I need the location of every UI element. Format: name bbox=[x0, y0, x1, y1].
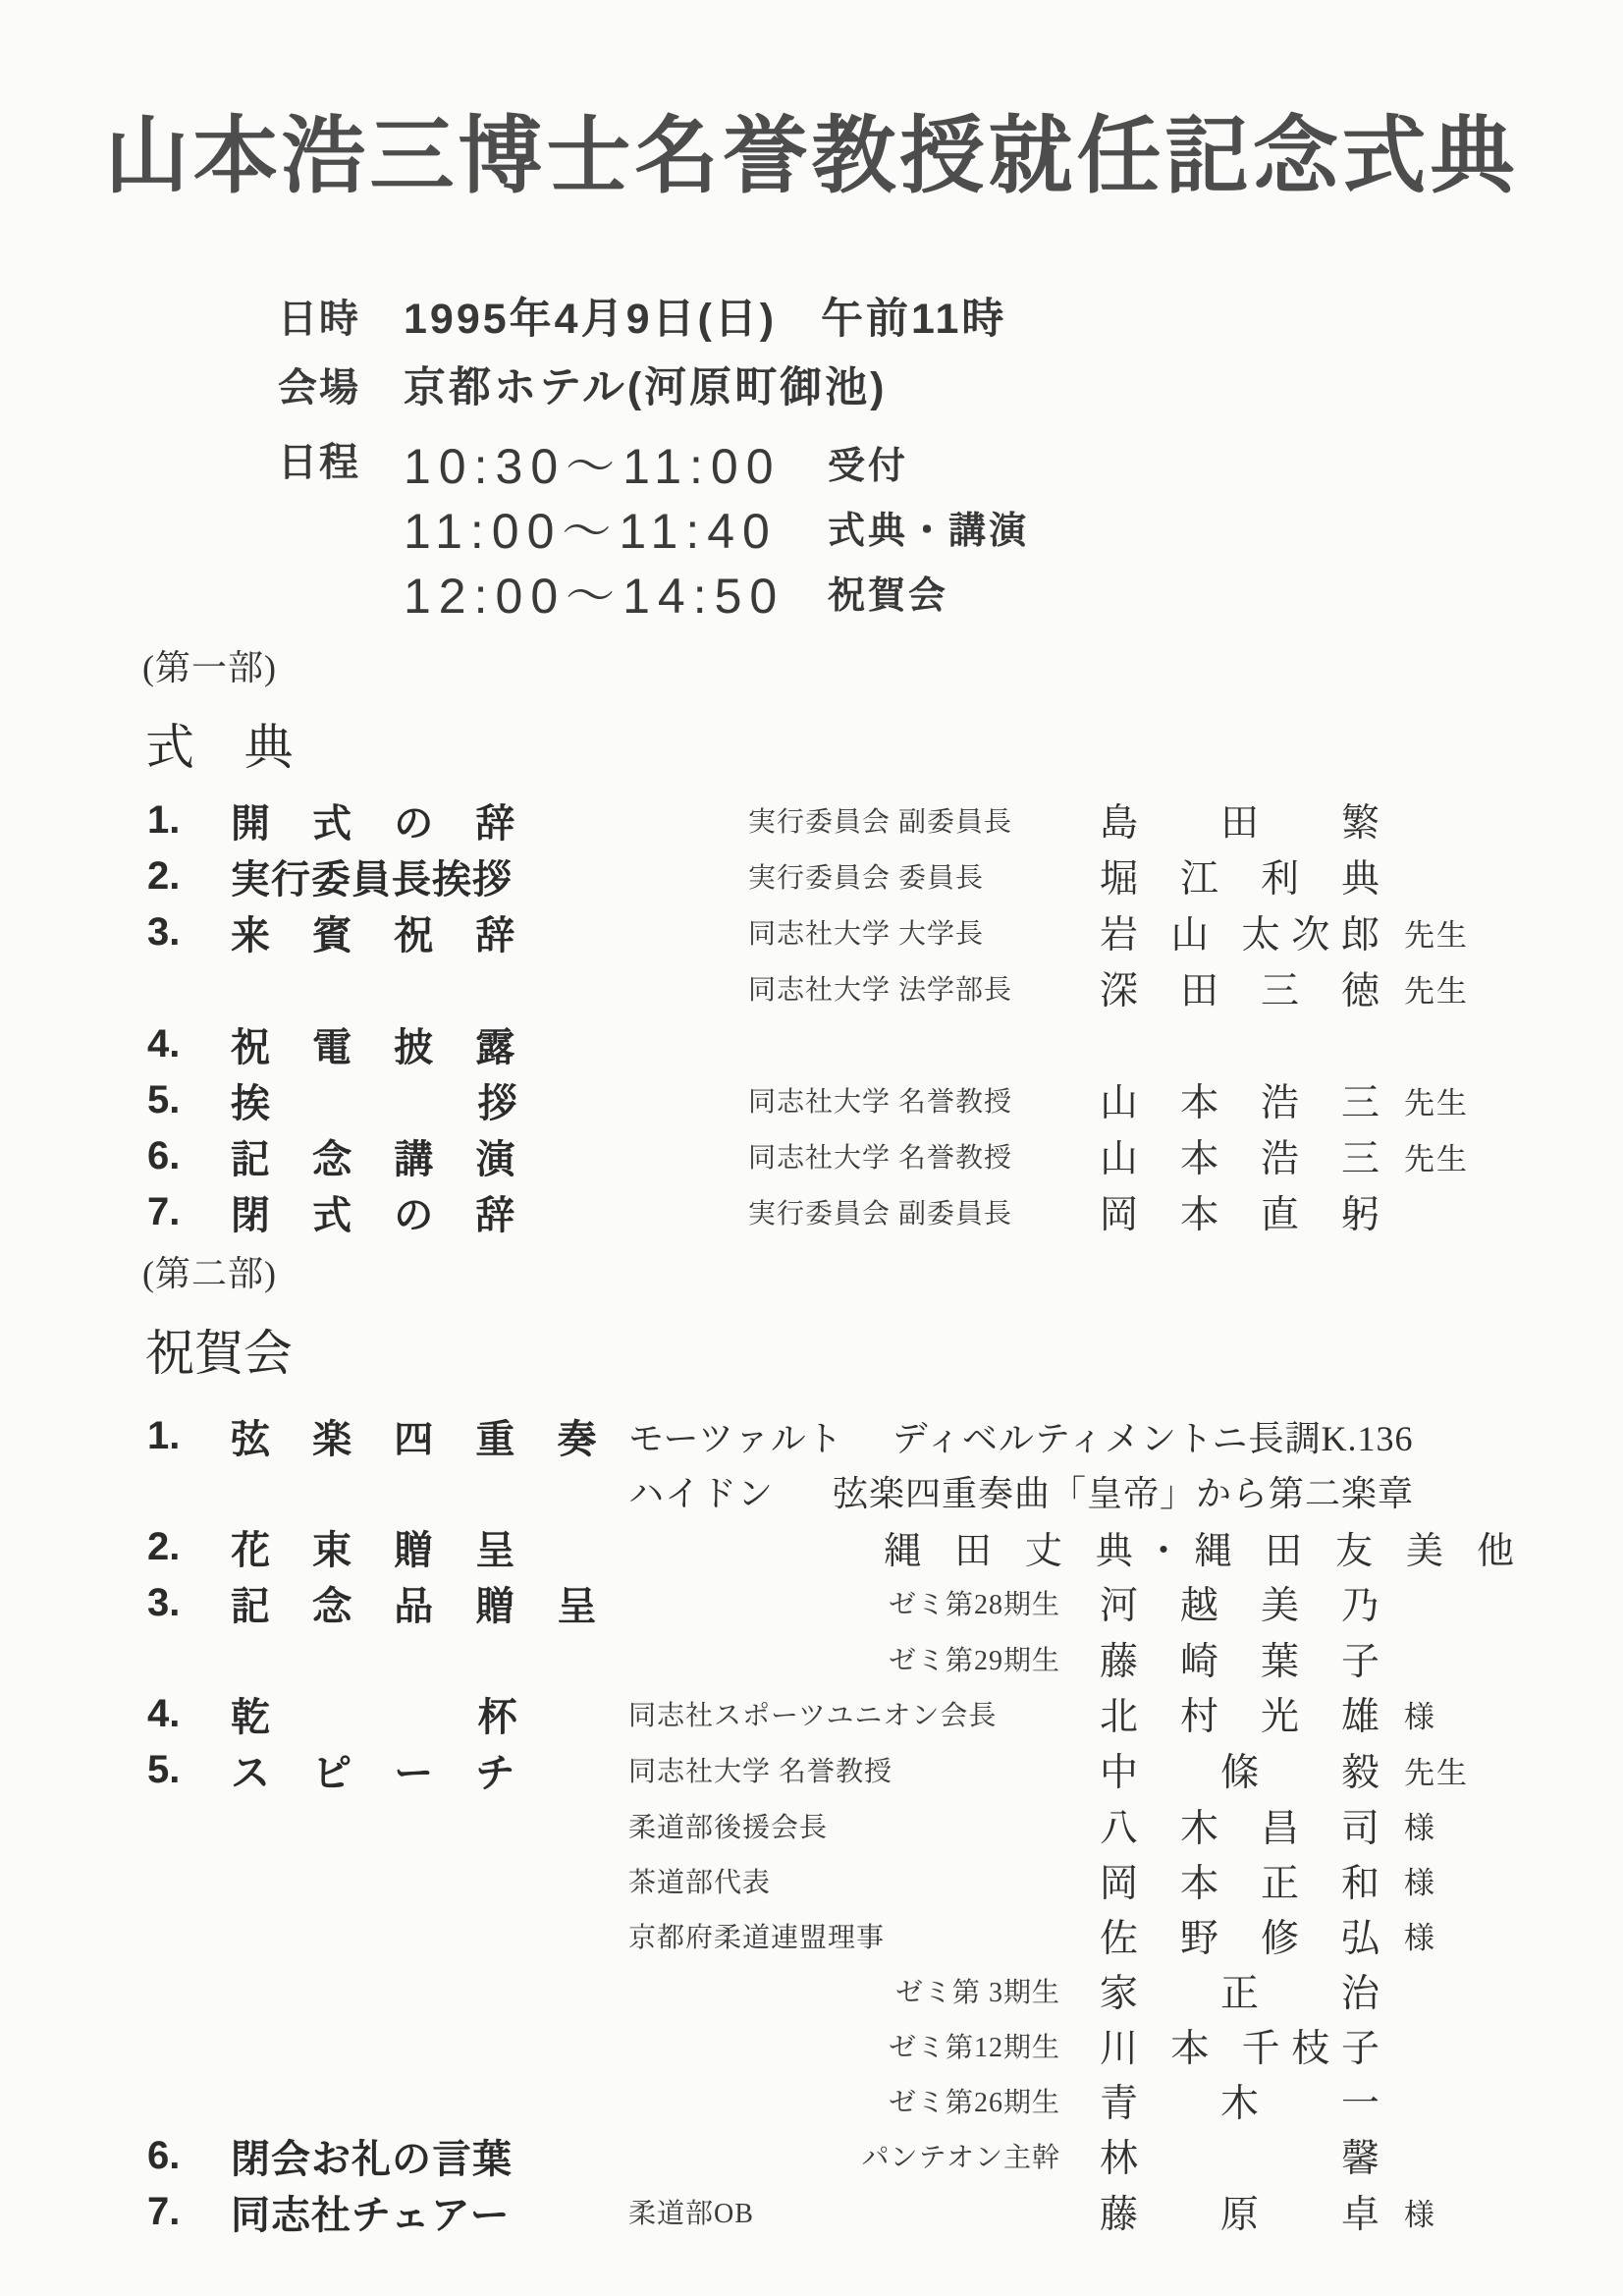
item-name: 河 越 美 乃 bbox=[1100, 1575, 1380, 1630]
item-role: 京都府柔道連盟理事 bbox=[628, 1916, 1060, 1955]
event-info-block: 日時 1995年4月9日(日) 午前11時 会場 京都ホテル(河原町御池) 日程… bbox=[278, 293, 1623, 625]
schedule-time: 11:00～11:40 bbox=[404, 492, 828, 563]
music-piece: モーツァルト ディベルティメントニ長調K.136 bbox=[628, 1411, 1623, 1461]
item-number: 6. bbox=[147, 1134, 231, 1178]
item-title: 記 念 品 贈 呈 bbox=[231, 1575, 597, 1631]
venue-label: 会場 bbox=[278, 361, 404, 414]
item-honorific: 先生 bbox=[1404, 1134, 1623, 1178]
program-row: 1.弦 楽 四 重 奏 モーツァルト ディベルティメントニ長調K.136 bbox=[147, 1408, 1623, 1464]
item-role: 同志社大学 名誉教授 bbox=[628, 1136, 1060, 1175]
item-honorific: 先生 bbox=[1404, 910, 1623, 955]
music-piece: ハイドン 弦楽四重奏曲「皇帝」から第二楽章 bbox=[628, 1466, 1623, 1516]
program-row: 5.ス ピ ー チ 同志社大学 名誉教授 中 條 毅 先生 bbox=[147, 1742, 1623, 1798]
program-row: 同志社大学 法学部長 深 田 三 徳 先生 bbox=[147, 960, 1623, 1016]
item-honorific: 様 bbox=[1404, 1692, 1623, 1736]
part2-program: 1.弦 楽 四 重 奏 モーツァルト ディベルティメントニ長調K.136 ハイド… bbox=[0, 1408, 1623, 2240]
item-title: ス ピ ー チ bbox=[231, 1742, 515, 1798]
venue-row: 会場 京都ホテル(河原町御池) bbox=[278, 361, 1623, 414]
program-row: 京都府柔道連盟理事 佐 野 修 弘 様 bbox=[147, 1908, 1623, 1963]
program-row: 3.来 賓 祝 辞 同志社大学 大学長 岩 山 太次郎 先生 bbox=[147, 904, 1623, 960]
part1-program: 1.開 式 の 辞 実行委員会 副委員長 島 田 繁 2.実行委員長挨拶 実行委… bbox=[0, 793, 1623, 1240]
item-honorific: 様 bbox=[1404, 1913, 1623, 1957]
item-name: 島 田 繁 bbox=[1100, 793, 1380, 847]
item-number: 4. bbox=[147, 1022, 231, 1066]
item-role: 同志社大学 名誉教授 bbox=[628, 1080, 1060, 1120]
program-row: 3.記 念 品 贈 呈 ゼミ第28期生 河 越 美 乃 bbox=[147, 1575, 1623, 1631]
item-number: 1. bbox=[147, 1414, 231, 1458]
item-name: 岡 本 直 躬 bbox=[1100, 1184, 1380, 1239]
item-name: 岩 山 太次郎 bbox=[1100, 904, 1380, 959]
item-role: 柔道部OB bbox=[628, 2192, 1060, 2231]
ceremony-program-page: 山本浩三博士名誉教授就任記念式典 日時 1995年4月9日(日) 午前11時 会… bbox=[0, 0, 1623, 2296]
item-title: 記 念 講 演 bbox=[231, 1128, 515, 1184]
program-row: 6.閉会お礼の言葉 パンテオン主幹 林 馨 bbox=[147, 2128, 1623, 2184]
program-row: 2.花 束 贈 呈 縄 田 丈 典・縄 田 友 美 他 bbox=[147, 1519, 1623, 1575]
item-role: ゼミ第28期生 bbox=[628, 1583, 1060, 1622]
item-name: 八 木 昌 司 bbox=[1100, 1798, 1380, 1853]
item-number: 3. bbox=[147, 910, 231, 955]
item-honorific: 先生 bbox=[1404, 1748, 1623, 1792]
item-title: 閉 式 の 辞 bbox=[231, 1184, 515, 1240]
part1-label: (第一部) bbox=[142, 640, 1623, 690]
item-number: 1. bbox=[147, 798, 231, 843]
schedule-event: 受付 bbox=[828, 435, 908, 489]
program-row: 7.閉 式 の 辞 実行委員会 副委員長 岡 本 直 躬 bbox=[147, 1184, 1623, 1240]
program-row: ゼミ第12期生 川 本 千枝子 bbox=[147, 2018, 1623, 2073]
program-row: 2.実行委員長挨拶 実行委員会 委員長 堀 江 利 典 bbox=[147, 848, 1623, 904]
program-row: 柔道部後援会長 八 木 昌 司 様 bbox=[147, 1798, 1623, 1853]
part1-heading: 式 典 bbox=[145, 708, 1623, 779]
item-name: 藤 崎 葉 子 bbox=[1100, 1631, 1380, 1686]
part2-heading: 祝賀会 bbox=[145, 1314, 1623, 1385]
schedule-label: 日程 bbox=[278, 430, 404, 495]
item-number: 2. bbox=[147, 1525, 231, 1569]
venue-value: 京都ホテル(河原町御池) bbox=[404, 361, 888, 414]
item-title: 弦 楽 四 重 奏 bbox=[231, 1408, 597, 1464]
program-row: 茶道部代表 岡 本 正 和 様 bbox=[147, 1853, 1623, 1908]
item-honorific: 先生 bbox=[1404, 966, 1623, 1011]
item-name: 中 條 毅 bbox=[1100, 1742, 1380, 1797]
schedule-row: 日程 10:30～11:00 受付 11:00～11:40 式典・講演 12:0… bbox=[278, 430, 1623, 625]
item-title: 花 束 贈 呈 bbox=[231, 1519, 515, 1575]
item-honorific: 様 bbox=[1404, 1803, 1623, 1847]
item-role: 同志社大学 大学長 bbox=[628, 912, 1060, 952]
program-row: 4.乾 杯 同志社スポーツユニオン会長 北 村 光 雄 様 bbox=[147, 1686, 1623, 1742]
program-row: ゼミ第26期生 青 木 一 bbox=[147, 2073, 1623, 2128]
program-row: 1.開 式 の 辞 実行委員会 副委員長 島 田 繁 bbox=[147, 793, 1623, 848]
part2-label: (第二部) bbox=[142, 1246, 1623, 1296]
item-name: 林 馨 bbox=[1100, 2128, 1380, 2183]
item-honorific: 先生 bbox=[1404, 1078, 1623, 1122]
item-name: 岡 本 正 和 bbox=[1100, 1853, 1380, 1908]
program-row: ゼミ第 3期生 家 正 治 bbox=[147, 1963, 1623, 2018]
item-name: 深 田 三 徳 bbox=[1100, 960, 1380, 1015]
item-role: 同志社スポーツユニオン会長 bbox=[628, 1694, 1060, 1733]
item-name: 青 木 一 bbox=[1100, 2073, 1380, 2128]
item-role: 実行委員会 副委員長 bbox=[628, 1192, 1060, 1231]
item-name: 北 村 光 雄 bbox=[1100, 1686, 1380, 1741]
item-role: 実行委員会 委員長 bbox=[628, 856, 1060, 896]
item-role: ゼミ第12期生 bbox=[628, 2026, 1060, 2065]
item-name: 縄 田 丈 典・縄 田 友 美 他 bbox=[628, 1520, 1623, 1574]
item-number: 5. bbox=[147, 1748, 231, 1792]
item-name: 堀 江 利 典 bbox=[1100, 848, 1380, 903]
item-role: 茶道部代表 bbox=[628, 1861, 1060, 1900]
schedule-line: 11:00～11:40 式典・講演 bbox=[404, 495, 1029, 560]
item-role: ゼミ第29期生 bbox=[628, 1639, 1060, 1678]
program-row: ゼミ第29期生 藤 崎 葉 子 bbox=[147, 1631, 1623, 1686]
item-name: 山 本 浩 三 bbox=[1100, 1128, 1380, 1183]
item-role: 同志社大学 法学部長 bbox=[628, 968, 1060, 1008]
item-number: 6. bbox=[147, 2134, 231, 2178]
schedule-lines: 10:30～11:00 受付 11:00～11:40 式典・講演 12:00～1… bbox=[404, 430, 1029, 625]
item-name: 家 正 治 bbox=[1100, 1963, 1380, 2018]
item-role: パンテオン主幹 bbox=[628, 2136, 1060, 2175]
datetime-row: 日時 1995年4月9日(日) 午前11時 bbox=[278, 293, 1623, 346]
item-title: 開 式 の 辞 bbox=[231, 793, 515, 848]
schedule-event: 祝賀会 bbox=[828, 565, 948, 619]
schedule-time: 12:00～14:50 bbox=[404, 557, 828, 628]
item-number: 7. bbox=[147, 2190, 231, 2234]
item-role: ゼミ第 3期生 bbox=[628, 1971, 1060, 2010]
item-name: 藤 原 卓 bbox=[1100, 2184, 1380, 2239]
item-title: 実行委員長挨拶 bbox=[231, 848, 513, 904]
item-name: 川 本 千枝子 bbox=[1100, 2018, 1380, 2073]
item-number: 4. bbox=[147, 1692, 231, 1736]
datetime-label: 日時 bbox=[278, 293, 404, 346]
schedule-line: 12:00～14:50 祝賀会 bbox=[404, 560, 1029, 625]
item-name: 山 本 浩 三 bbox=[1100, 1072, 1380, 1127]
schedule-event: 式典・講演 bbox=[828, 500, 1029, 554]
item-number: 3. bbox=[147, 1581, 231, 1625]
item-honorific: 様 bbox=[1404, 1858, 1623, 1902]
schedule-line: 10:30～11:00 受付 bbox=[404, 430, 1029, 495]
item-role: 同志社大学 名誉教授 bbox=[628, 1750, 1060, 1789]
item-honorific: 様 bbox=[1404, 2190, 1623, 2234]
program-row: ハイドン 弦楽四重奏曲「皇帝」から第二楽章 bbox=[147, 1464, 1623, 1519]
program-row: 5.挨 拶 同志社大学 名誉教授 山 本 浩 三 先生 bbox=[147, 1072, 1623, 1128]
item-title: 祝 電 披 露 bbox=[231, 1016, 515, 1072]
datetime-value: 1995年4月9日(日) 午前11時 bbox=[404, 293, 1006, 346]
program-row: 7.同志社チェアー 柔道部OB 藤 原 卓 様 bbox=[147, 2184, 1623, 2240]
item-title: 閉会お礼の言葉 bbox=[231, 2128, 513, 2184]
item-title: 同志社チェアー bbox=[231, 2184, 511, 2240]
item-title: 来 賓 祝 辞 bbox=[231, 904, 515, 960]
item-role: ゼミ第26期生 bbox=[628, 2081, 1060, 2120]
item-title: 挨 拶 bbox=[231, 1072, 518, 1128]
ceremony-title: 山本浩三博士名誉教授就任記念式典 bbox=[0, 104, 1623, 210]
item-name: 佐 野 修 弘 bbox=[1100, 1908, 1380, 1963]
item-number: 7. bbox=[147, 1190, 231, 1234]
schedule-time: 10:30～11:00 bbox=[404, 427, 828, 498]
item-role: 実行委員会 副委員長 bbox=[628, 800, 1060, 840]
item-title: 乾 杯 bbox=[231, 1686, 518, 1742]
item-number: 5. bbox=[147, 1078, 231, 1122]
item-number: 2. bbox=[147, 854, 231, 899]
program-row: 6.記 念 講 演 同志社大学 名誉教授 山 本 浩 三 先生 bbox=[147, 1128, 1623, 1184]
program-row: 4.祝 電 披 露 bbox=[147, 1016, 1623, 1072]
item-role: 柔道部後援会長 bbox=[628, 1806, 1060, 1845]
